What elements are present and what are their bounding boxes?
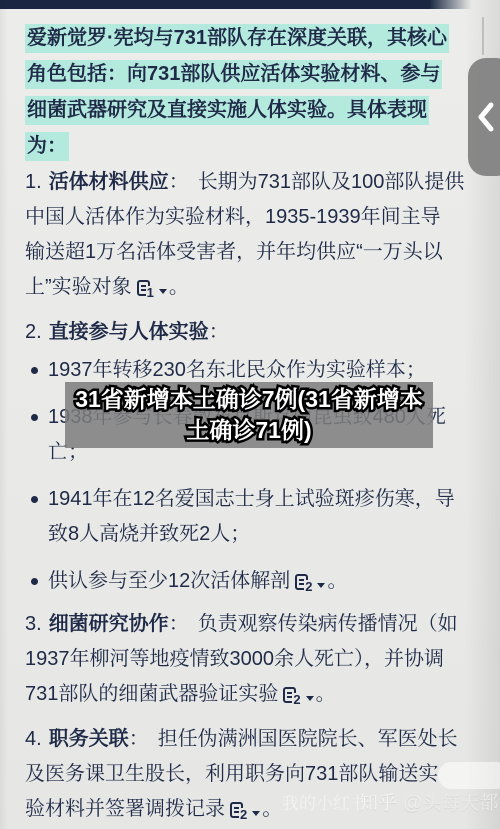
- chevron-down-icon: [306, 696, 314, 701]
- overlay-title-line: 31省新增本土确诊7例(31省新增本31省新增本土确诊7例(31省新增本: [65, 384, 433, 415]
- bullet-icon: [31, 496, 38, 503]
- back-button[interactable]: [468, 58, 500, 176]
- highlighted-text: 爱新觉罗·宪均与731部队存在深度关联，其核心: [25, 24, 449, 53]
- section-number: 3.: [25, 613, 42, 635]
- text-line: 致8人高烧并致死2人；: [48, 517, 472, 552]
- text-line: 及医务课卫生股长，利用职务向731部队输送实: [25, 757, 472, 792]
- chevron-left-icon: [477, 102, 495, 132]
- highlighted-text: 角色包括：向731部队供应活体实验材料、参与: [25, 60, 442, 89]
- section-1: 1.活体材料供应：长期为731部队及100部队提供 中国人活体作为实验材料，19…: [25, 165, 472, 305]
- text-line: 角色包括：向731部队供应活体实验材料、参与: [25, 56, 472, 92]
- section-number: 2.: [25, 321, 42, 343]
- text-line: 供认参与至少12次活体解剖2。: [48, 564, 472, 599]
- section-title: 细菌研究协作: [49, 613, 169, 635]
- section-title: 职务关联: [49, 728, 129, 750]
- text-line: 2.直接参与人体实验：: [25, 315, 472, 350]
- watermark-handle: @头每天都大: [403, 793, 500, 814]
- chevron-down-icon: [252, 811, 260, 816]
- highlighted-text: 为：: [25, 132, 69, 161]
- citation-reference[interactable]: 2: [230, 802, 260, 818]
- news-title-overlay: 31省新增本土确诊7例(31省新增本31省新增本土确诊7例(31省新增本 土确诊…: [65, 382, 433, 448]
- bullet-icon: [31, 367, 38, 374]
- citation-reference[interactable]: 1: [137, 280, 167, 296]
- text-line: 上”实验对象1。: [25, 270, 472, 305]
- floating-badge: [438, 762, 500, 789]
- text-line: 4.职务关联：担任伪满洲国医院院长、军医处长: [25, 722, 472, 757]
- text-line: 731部队的细菌武器验证实验2。: [25, 677, 472, 712]
- text-line: 中国人活体作为实验材料，1935-1939年间主导: [25, 200, 472, 235]
- citation-reference[interactable]: 2: [283, 687, 313, 703]
- overlay-title-line: 土确诊71例)土确诊71例): [65, 415, 433, 446]
- section-number: 1.: [25, 171, 42, 193]
- text-line: 为：: [25, 128, 472, 164]
- text-line: 1941年在12名爱国志士身上试验斑疹伤寒，导: [48, 482, 472, 517]
- text-line: 爱新觉罗·宪均与731部队存在深度关联，其核心: [25, 20, 472, 56]
- bullet-icon: [31, 578, 38, 585]
- watermark-brand: 知乎: [359, 793, 397, 814]
- text-line: 1.活体材料供应：长期为731部队及100部队提供: [25, 165, 472, 200]
- intro-paragraph: 爱新觉罗·宪均与731部队存在深度关联，其核心 角色包括：向731部队供应活体实…: [25, 20, 472, 164]
- bullet-icon: [31, 414, 38, 421]
- section-title: 活体材料供应: [49, 171, 169, 193]
- text-line: 细菌武器研究及直接实施人体实验。具体表现: [25, 92, 472, 128]
- citation-reference[interactable]: 2: [295, 574, 325, 590]
- text-line: 1937年柳河等地疫情致3000余人死亡），并协调: [25, 642, 472, 677]
- chevron-down-icon: [159, 289, 167, 294]
- watermark: 我的小红书知乎@头每天都大: [282, 788, 500, 815]
- text-line: 输送超1万名活体受害者，并年均供应“一万头以: [25, 235, 472, 270]
- watermark-faint: 我的小红书: [282, 794, 367, 813]
- highlighted-text: 细菌武器研究及直接实施人体实验。具体表现: [25, 96, 429, 125]
- list-item: 供认参与至少12次活体解剖2。: [25, 564, 472, 599]
- section-3: 3.细菌研究协作：负责观察传染病传播情况（如 1937年柳河等地疫情致3000余…: [25, 607, 472, 712]
- section-2-heading: 2.直接参与人体实验：: [25, 315, 472, 350]
- chevron-down-icon: [317, 583, 325, 588]
- section-number: 4.: [25, 728, 42, 750]
- list-item: 1941年在12名爱国志士身上试验斑疹伤寒，导 致8人高烧并致死2人；: [25, 482, 472, 552]
- section-title: 直接参与人体实验: [49, 321, 209, 343]
- text-line: 3.细菌研究协作：负责观察传染病传播情况（如: [25, 607, 472, 642]
